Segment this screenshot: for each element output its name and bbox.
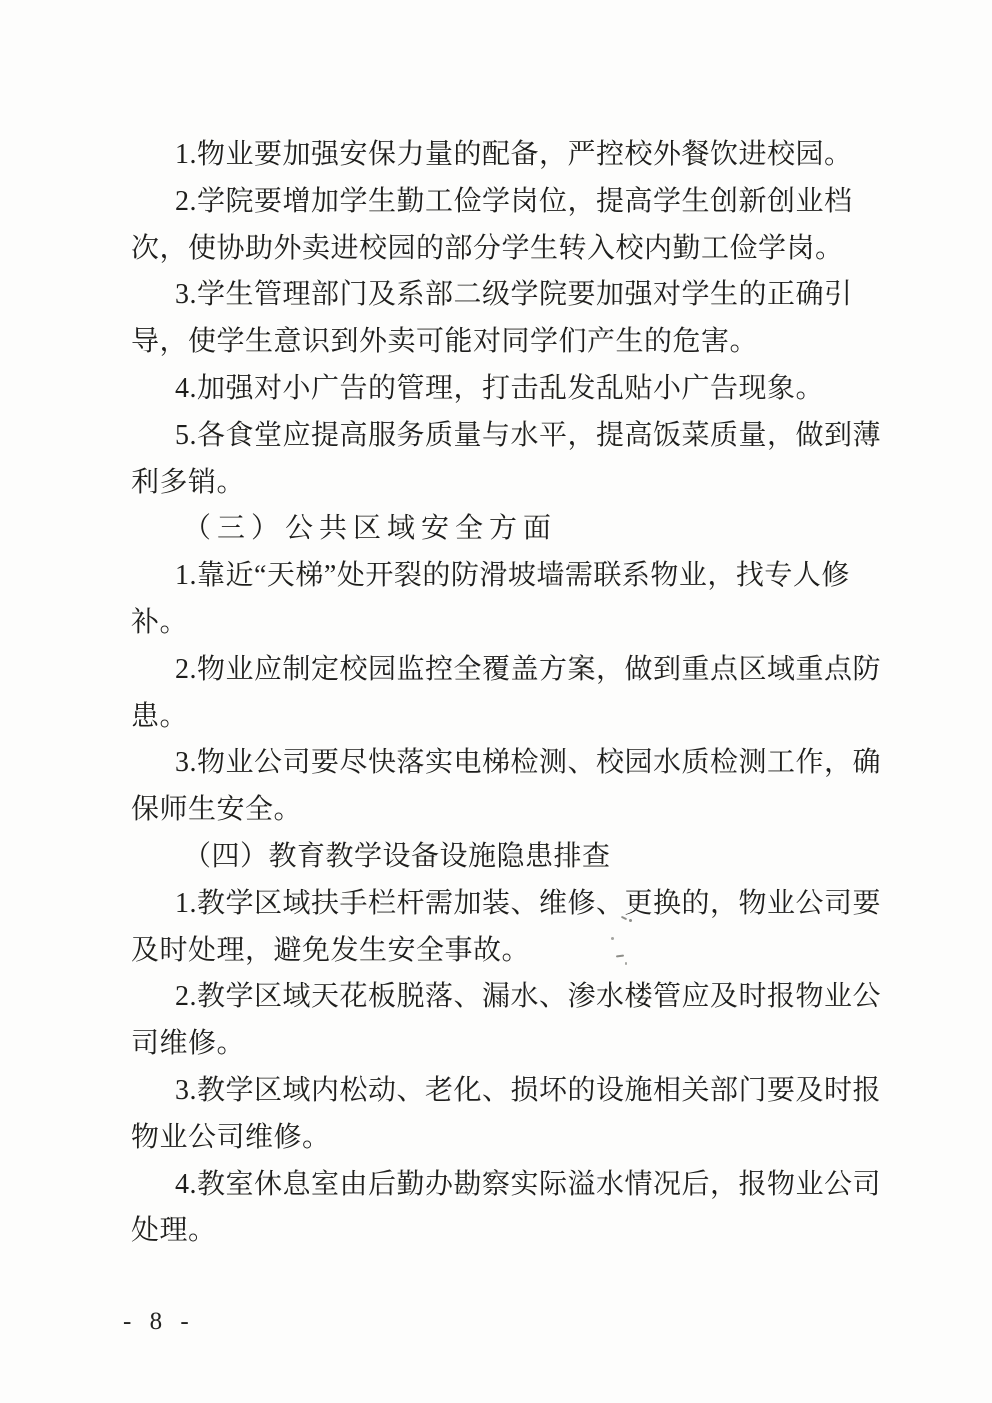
- list-item-line: 5.各食堂应提高服务质量与水平，提高饭菜质量，做到薄: [131, 413, 876, 460]
- list-item-line: 3.物业公司要尽快落实电梯检测、校园水质检测工作，确: [131, 740, 876, 787]
- document-page: 1.物业要加强安保力量的配备，严控校外餐饮进校园。 2.学院要增加学生勤工俭学岗…: [0, 0, 992, 1403]
- list-item-line: 司维修。: [131, 1021, 876, 1068]
- list-item-line: 2.物业应制定校园监控全覆盖方案，做到重点区域重点防: [131, 647, 876, 694]
- list-item-line: 补。: [131, 600, 876, 647]
- list-item-line: 及时处理，避免发生安全事故。: [131, 928, 876, 975]
- list-item-line: 导，使学生意识到外卖可能对同学们产生的危害。: [131, 319, 876, 366]
- list-item-line: 4.加强对小广告的管理，打击乱发乱贴小广告现象。: [131, 366, 876, 413]
- list-item-line: 1.靠近“天梯”处开裂的防滑坡墙需联系物业，找专人修: [131, 553, 876, 600]
- list-item-line: 4.教室休息室由后勤办勘察实际溢水情况后，报物业公司: [131, 1162, 876, 1209]
- list-item-line: 物业公司维修。: [131, 1115, 876, 1162]
- list-item-line: 2.学院要增加学生勤工俭学岗位，提高学生创新创业档: [131, 179, 876, 226]
- scan-speck: [611, 937, 614, 940]
- scan-speck: [625, 962, 627, 965]
- list-item-line: 保师生安全。: [131, 787, 876, 834]
- list-item-line: 利多销。: [131, 460, 876, 507]
- list-item-line: 次，使协助外卖进校园的部分学生转入校内勤工俭学岗。: [131, 226, 876, 273]
- list-item-line: 1.教学区域扶手栏杆需加装、维修、更换的，物业公司要: [131, 881, 876, 928]
- list-item-line: 患。: [131, 694, 876, 741]
- page-number: - 8 -: [123, 1308, 195, 1336]
- list-item-line: 3.教学区域内松动、老化、损坏的设施相关部门要及时报: [131, 1068, 876, 1115]
- section-heading: （三）公共区域安全方面: [131, 506, 876, 553]
- scan-speck: [629, 919, 632, 922]
- list-item-line: 处理。: [131, 1208, 876, 1255]
- list-item-line: 3.学生管理部门及系部二级学院要加强对学生的正确引: [131, 272, 876, 319]
- document-body: 1.物业要加强安保力量的配备，严控校外餐饮进校园。 2.学院要增加学生勤工俭学岗…: [131, 132, 876, 1255]
- list-item-line: 2.教学区域天花板脱落、漏水、渗水楼管应及时报物业公: [131, 974, 876, 1021]
- section-heading: （四）教育教学设备设施隐患排查: [131, 834, 876, 881]
- list-item-line: 1.物业要加强安保力量的配备，严控校外餐饮进校园。: [131, 132, 876, 179]
